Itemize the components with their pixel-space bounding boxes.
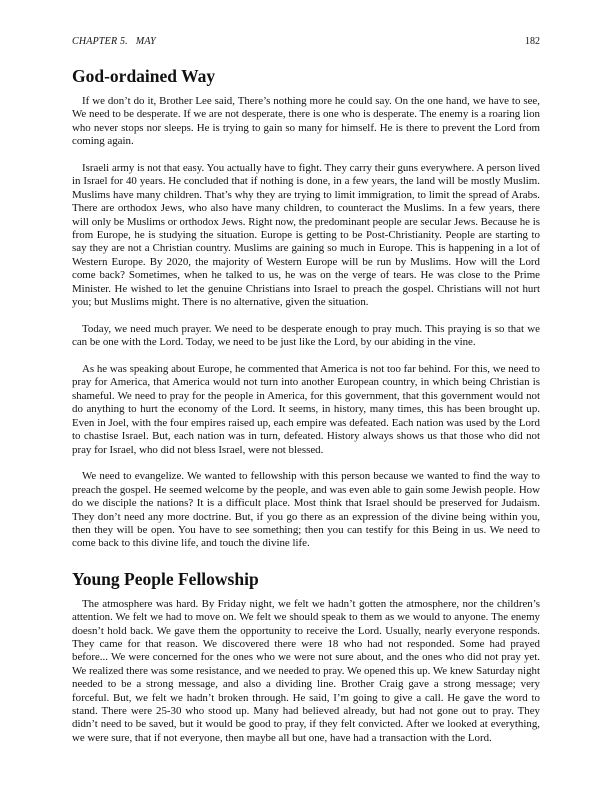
paragraph: We need to evangelize. We wanted to fell… [72,470,540,550]
running-header: CHAPTER 5.MAY 182 [72,36,540,50]
section-young-people-fellowship: Young People Fellowship The atmosphere w… [72,568,540,745]
section-god-ordained-way: God-ordained Way If we don’t do it, Brot… [72,65,540,551]
paragraph: If we don’t do it, Brother Lee said, The… [72,95,540,149]
paragraph: The atmosphere was hard. By Friday night… [72,598,540,745]
chapter-number: CHAPTER 5. [72,36,128,47]
paragraph: Israeli army is not that easy. You actua… [72,162,540,309]
section-heading: God-ordained Way [72,65,540,87]
paragraph: Today, we need much prayer. We need to b… [72,323,540,350]
paragraph: As he was speaking about Europe, he comm… [72,363,540,457]
document-page: CHAPTER 5.MAY 182 God-ordained Way If we… [72,36,540,745]
chapter-title: MAY [136,36,156,47]
page-number: 182 [525,36,540,47]
chapter-label: CHAPTER 5.MAY [72,36,156,47]
section-heading: Young People Fellowship [72,568,540,590]
